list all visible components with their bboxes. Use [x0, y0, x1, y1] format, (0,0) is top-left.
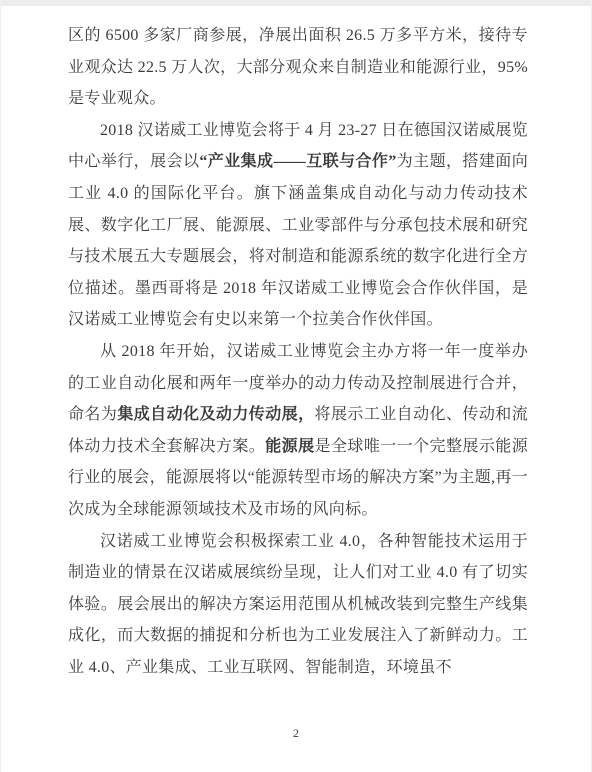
- bold-text-run: 能源展: [265, 438, 314, 455]
- paragraph: 从 2018 年开始，汉诺威工业博览会主办方将一年一度举办的工业自动化展和两年一…: [68, 336, 528, 526]
- page-top-edge: [0, 0, 592, 6]
- paragraph: 2018 汉诺威工业博览会将于 4 月 23-27 日在德国汉诺威展览中心举行，…: [68, 115, 528, 336]
- document-page: 区的 6500 多家厂商参展，净展出面积 26.5 万多平方米，接待专业观众达 …: [0, 0, 592, 772]
- text-run: 为主题，搭建面向工业 4.0 的国际化平台。旗下涵盖集成自动化与动力传动技术展、…: [68, 153, 528, 328]
- paragraph: 汉诺威工业博览会积极探索工业 4.0，各种智能技术运用于制造业的情景在汉诺威展缤…: [68, 526, 528, 684]
- bold-text-run: “产业集成——互联与合作”: [199, 153, 396, 170]
- page-number: 2: [293, 726, 299, 740]
- text-run: 汉诺威工业博览会积极探索工业 4.0，各种智能技术运用于制造业的情景在汉诺威展缤…: [68, 533, 528, 676]
- bold-text-run: 集成自动化及动力传动展，: [117, 406, 314, 423]
- paragraph: 区的 6500 多家厂商参展，净展出面积 26.5 万多平方米，接待专业观众达 …: [68, 20, 528, 115]
- page-footer: 2: [0, 724, 592, 742]
- text-run: 区的 6500 多家厂商参展，净展出面积 26.5 万多平方米，接待专业观众达 …: [68, 27, 528, 107]
- document-body: 区的 6500 多家厂商参展，净展出面积 26.5 万多平方米，接待专业观众达 …: [68, 20, 528, 683]
- page-left-edge: [0, 0, 1, 772]
